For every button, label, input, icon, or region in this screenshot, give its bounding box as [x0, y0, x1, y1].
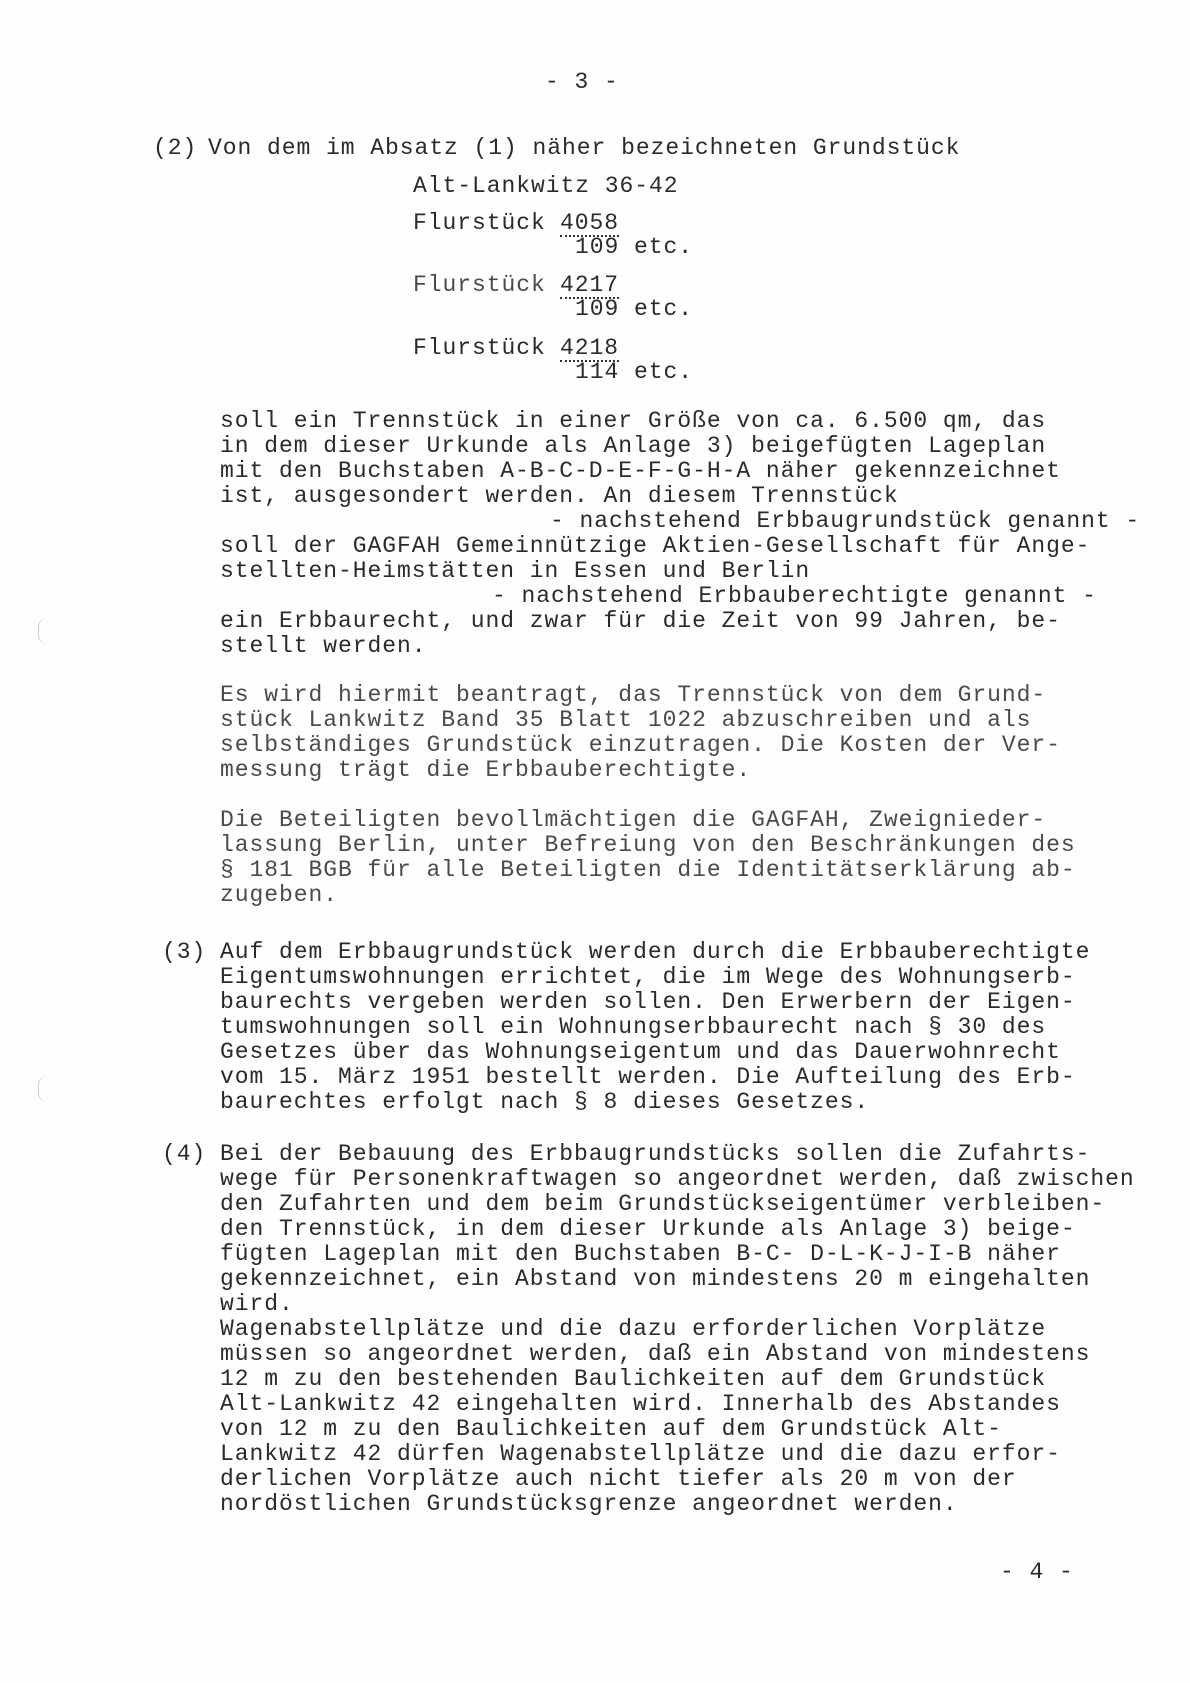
- text-line: von 12 m zu den Baulichkeiten auf dem Gr…: [220, 1417, 1135, 1442]
- section-3-number: (3): [162, 940, 206, 965]
- text-line: nordöstlichen Grundstücksgrenze angeordn…: [220, 1492, 1135, 1517]
- text-line: Auf dem Erbbaugrundstück werden durch di…: [220, 940, 1090, 965]
- punch-hole-mark: [38, 618, 47, 644]
- text-line: Es wird hiermit beantragt, das Trennstüc…: [220, 683, 1061, 708]
- text-line: Bei der Bebauung des Erbbaugrundstücks s…: [220, 1142, 1135, 1167]
- document-page: - 3 - (2) Von dem im Absatz (1) näher be…: [0, 0, 1190, 1683]
- parcel-denominator: 109 etc.: [575, 235, 693, 260]
- section-2-intro: Von dem im Absatz (1) näher bezeichneten…: [208, 136, 960, 161]
- text-line: selbständiges Grundstück einzutragen. Di…: [220, 733, 1061, 758]
- parcel-label: Flurstück: [413, 336, 546, 361]
- text-line: 12 m zu den bestehenden Baulichkeiten au…: [220, 1367, 1135, 1392]
- text-line: müssen so angeordnet werden, daß ein Abs…: [220, 1342, 1135, 1367]
- text-line: Eigentumswohnungen errichtet, die im Weg…: [220, 965, 1090, 990]
- punch-hole-mark: [38, 1076, 47, 1102]
- parcel-denominator: 109 etc.: [575, 297, 693, 322]
- text-line: baurechts vergeben werden sollen. Den Er…: [220, 990, 1090, 1015]
- section-3-body: Auf dem Erbbaugrundstück werden durch di…: [220, 940, 1090, 1115]
- section-4-body: Bei der Bebauung des Erbbaugrundstücks s…: [220, 1142, 1135, 1517]
- parcel-denominator: 114 etc.: [575, 360, 693, 385]
- text-line: stück Lankwitz Band 35 Blatt 1022 abzusc…: [220, 708, 1061, 733]
- text-line: den Trennstück, in dem dieser Urkunde al…: [220, 1217, 1135, 1242]
- parcel-label: Flurstück: [413, 273, 546, 298]
- text-line: den Zufahrten und dem beim Grundstücksei…: [220, 1192, 1135, 1217]
- parcel-label: Flurstück: [413, 211, 546, 236]
- text-line: wege für Personenkraftwagen so angeordne…: [220, 1167, 1135, 1192]
- application-paragraph: Es wird hiermit beantragt, das Trennstüc…: [220, 683, 1061, 783]
- text-line: tumswohnungen soll ein Wohnungserbbaurec…: [220, 1015, 1090, 1040]
- text-line: Wagenabstellplätze und die dazu erforder…: [220, 1317, 1135, 1342]
- text-line: § 181 BGB für alle Beteiligten die Ident…: [220, 858, 1076, 883]
- text-line: - nachstehend Erbbauberechtigte genannt …: [220, 584, 1140, 609]
- text-line: ein Erbbaurecht, und zwar für die Zeit v…: [220, 609, 1140, 634]
- text-line: Lankwitz 42 dürfen Wagenabstellplätze un…: [220, 1442, 1135, 1467]
- text-line: mit den Buchstaben A-B-C-D-E-F-G-H-A näh…: [220, 459, 1140, 484]
- section-4-number: (4): [162, 1142, 206, 1167]
- text-line: - nachstehend Erbbaugrundstück genannt -: [220, 509, 1140, 534]
- authorization-paragraph: Die Beteiligten bevollmächtigen die GAGF…: [220, 808, 1076, 908]
- text-line: Die Beteiligten bevollmächtigen die GAGF…: [220, 808, 1076, 833]
- text-line: wird.: [220, 1292, 1135, 1317]
- page-number-bottom: - 4 -: [1000, 1560, 1074, 1585]
- text-line: Alt-Lankwitz 42 eingehalten wird. Innerh…: [220, 1392, 1135, 1417]
- text-line: stellt werden.: [220, 634, 1140, 659]
- text-line: gekennzeichnet, ein Abstand von mindeste…: [220, 1267, 1135, 1292]
- text-line: vom 15. März 1951 bestellt werden. Die A…: [220, 1065, 1090, 1090]
- text-line: fügten Lageplan mit den Buchstaben B-C- …: [220, 1242, 1135, 1267]
- text-line: lassung Berlin, unter Befreiung von den …: [220, 833, 1076, 858]
- text-line: messung trägt die Erbbauberechtigte.: [220, 758, 1061, 783]
- text-line: soll ein Trennstück in einer Größe von c…: [220, 409, 1140, 434]
- text-line: Gesetzes über das Wohnungseigentum und d…: [220, 1040, 1090, 1065]
- address: Alt-Lankwitz 36-42: [413, 174, 679, 199]
- page-number-top: - 3 -: [545, 70, 619, 95]
- text-line: soll der GAGFAH Gemeinnützige Aktien-Ges…: [220, 534, 1140, 559]
- text-line: derlichen Vorplätze auch nicht tiefer al…: [220, 1467, 1135, 1492]
- section-2-number: (2): [153, 136, 197, 161]
- section-2-body: soll ein Trennstück in einer Größe von c…: [220, 409, 1140, 659]
- text-line: in dem dieser Urkunde als Anlage 3) beig…: [220, 434, 1140, 459]
- text-line: stellten-Heimstätten in Essen und Berlin: [220, 559, 1140, 584]
- text-line: zugeben.: [220, 883, 1076, 908]
- text-line: baurechtes erfolgt nach § 8 dieses Geset…: [220, 1090, 1090, 1115]
- text-line: ist, ausgesondert werden. An diesem Tren…: [220, 484, 1140, 509]
